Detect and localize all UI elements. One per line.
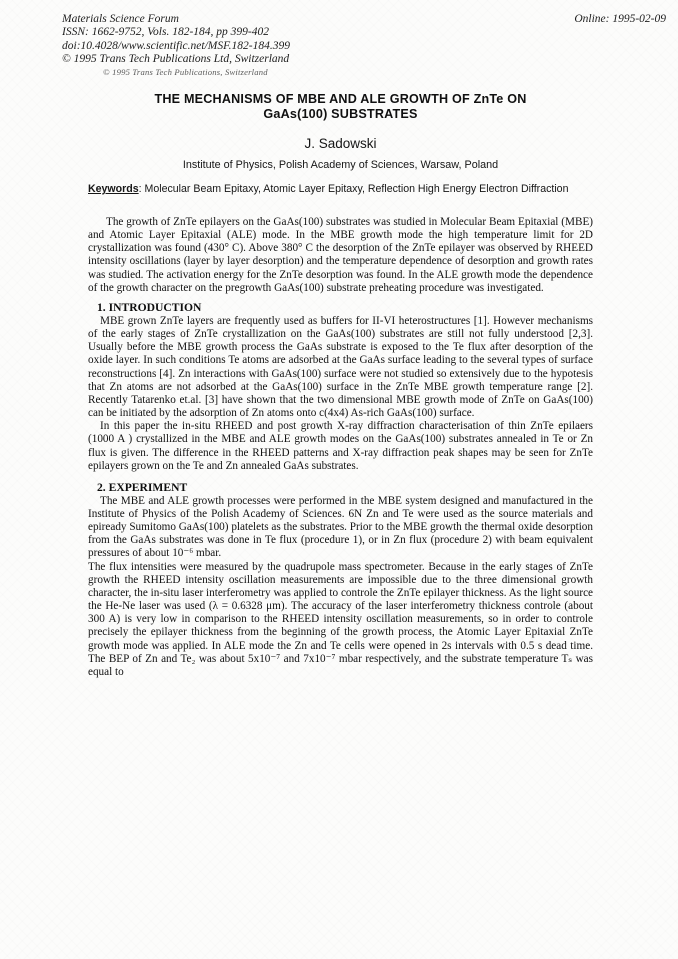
doi-line: doi:10.4028/www.scientific.net/MSF.182-1… <box>62 40 290 53</box>
experiment-paragraph-2: The flux intensities were measured by th… <box>88 561 593 679</box>
journal-name: Materials Science Forum <box>62 13 290 26</box>
keywords-label: Keywords <box>88 183 139 195</box>
copyright-line: © 1995 Trans Tech Publications Ltd, Swit… <box>62 53 290 66</box>
scanned-paper-page: Materials Science Forum ISSN: 1662-9752,… <box>0 0 678 959</box>
author-affiliation: Institute of Physics, Polish Academy of … <box>88 159 593 171</box>
article-title: THE MECHANISMS OF MBE AND ALE GROWTH OF … <box>88 92 593 121</box>
experiment-paragraph-1: The MBE and ALE growth processes were pe… <box>88 495 593 561</box>
issn-volume-pages: ISSN: 1662-9752, Vols. 182-184, pp 399-4… <box>62 26 290 39</box>
section-heading-experiment: 2. EXPERIMENT <box>88 481 593 495</box>
online-date: Online: 1995-02-09 <box>574 13 666 25</box>
keywords-list: : Molecular Beam Epitaxy, Atomic Layer E… <box>139 183 569 195</box>
article-title-line1: THE MECHANISMS OF MBE AND ALE GROWTH OF … <box>88 92 593 107</box>
introduction-paragraph-2: In this paper the in-situ RHEED and post… <box>88 420 593 473</box>
article-title-line2: GaAs(100) SUBSTRATES <box>88 107 593 122</box>
article-column: THE MECHANISMS OF MBE AND ALE GROWTH OF … <box>88 92 593 679</box>
introduction-paragraph-1: MBE grown ZnTe layers are frequently use… <box>88 315 593 420</box>
bibliographic-header: Materials Science Forum ISSN: 1662-9752,… <box>62 13 290 67</box>
abstract-paragraph: The growth of ZnTe epilayers on the GaAs… <box>88 216 593 295</box>
publisher-stamp: © 1995 Trans Tech Publications, Switzerl… <box>103 67 268 77</box>
author-name: J. Sadowski <box>88 136 593 151</box>
keywords-block: Keywords: Molecular Beam Epitaxy, Atomic… <box>88 183 593 196</box>
section-heading-introduction: 1. INTRODUCTION <box>88 301 593 315</box>
